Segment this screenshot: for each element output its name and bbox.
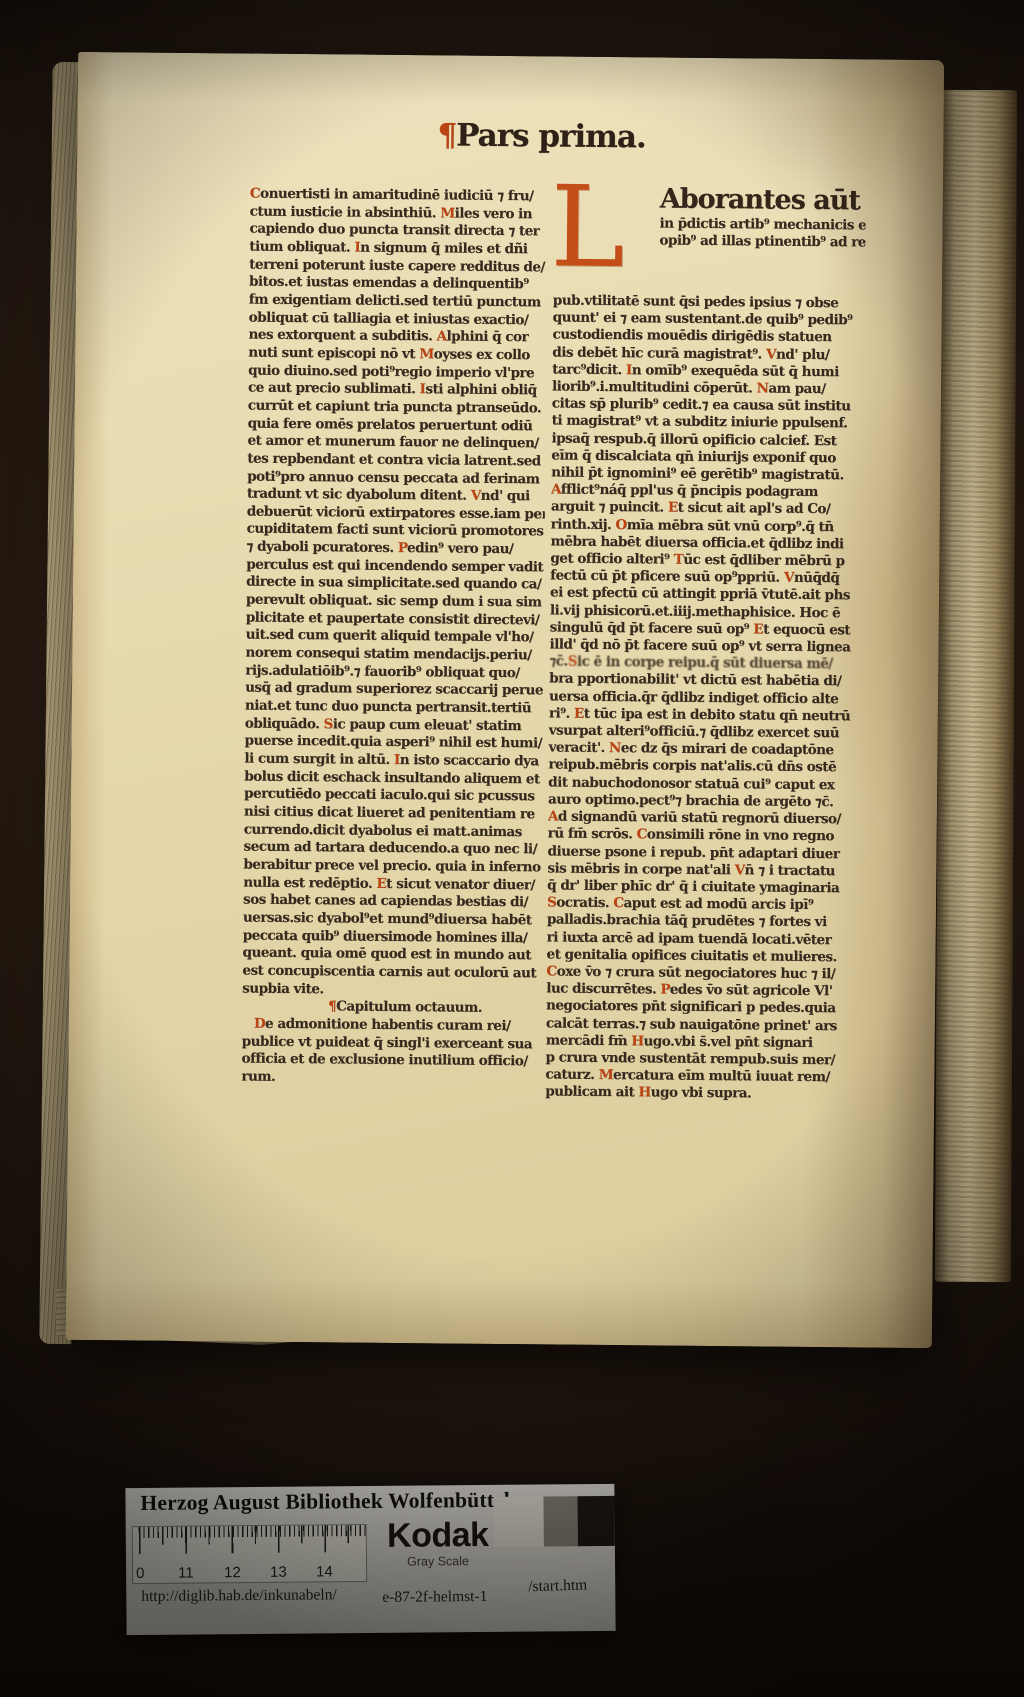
patch-black (577, 1496, 614, 1546)
left-text-column: Conuertisti in amaritudinē iudiciū ⁊ fru… (241, 186, 548, 1101)
text-line: ⁊c̄.Sic ē in corpe reipu.q̄ sūt diuersa … (549, 654, 861, 674)
incipit-heading: Aborantes aūt (660, 181, 866, 217)
ruler-scale: 0 11 12 13 14 (132, 1524, 367, 1584)
text-line: in p̄dictis artib⁹ mechanicis et (659, 215, 865, 234)
card-shelfmark: e-87-2f-helmst-1 (382, 1588, 487, 1607)
right-text-column: L Aborantes aūt in p̄dictis artib⁹ mecha… (545, 180, 866, 1113)
header-paragraph-mark: ¶ (437, 117, 456, 153)
book-page: ¶Pars prima. Conuertisti in amaritudinē … (66, 52, 944, 1348)
kodak-logo-block: Kodak Gray Scale (372, 1518, 504, 1569)
text-line: opib⁹ ad illas ptinentib⁹ ad rei (659, 233, 865, 252)
text-line: publicam ait Hugo vbi supra. (545, 1084, 857, 1104)
card-title: Herzog August Bibliothek Wolfenbüttel (140, 1488, 510, 1516)
right-column-body: pub.vtilitatē sunt q̄si pedes ipsius ⁊ o… (545, 292, 865, 1104)
page-header: ¶Pars prima. (437, 117, 646, 155)
chapter-opening: L Aborantes aūt in p̄dictis artib⁹ mecha… (553, 180, 866, 295)
drop-cap-initial-L: L (550, 180, 625, 281)
ruler-number-11: 11 (178, 1565, 194, 1582)
header-title: Pars prima. (456, 118, 646, 156)
ruler-number-0: 0 (136, 1565, 144, 1582)
facing-page-edge (935, 90, 1017, 1282)
incipit-indented-lines: in p̄dictis artib⁹ mechanicis etopib⁹ ad… (659, 215, 865, 251)
patch-white (493, 1496, 543, 1546)
library-reference-card: Herzog August Bibliothek Wolfenbüttel 0 … (125, 1484, 615, 1635)
card-start-page: /start.htm (528, 1576, 587, 1596)
text-line: supbia vite. (242, 980, 540, 1001)
patch-mid-gray (543, 1496, 577, 1546)
text-line: officia et de exclusione inutilium offic… (241, 1051, 539, 1072)
card-base-url: http://diglib.hab.de/inkunabeln/ (141, 1586, 337, 1606)
gray-scale-patches (493, 1496, 614, 1547)
photo-background: ¶Pars prima. Conuertisti in amaritudinē … (0, 0, 1024, 1697)
text-line: rum. (241, 1068, 539, 1089)
gray-scale-label: Gray Scale (372, 1554, 504, 1569)
ruler-number-14: 14 (316, 1563, 333, 1580)
ruler-number-12: 12 (224, 1564, 241, 1581)
kodak-logo: Kodak (372, 1518, 504, 1554)
ruler-number-13: 13 (270, 1564, 287, 1581)
